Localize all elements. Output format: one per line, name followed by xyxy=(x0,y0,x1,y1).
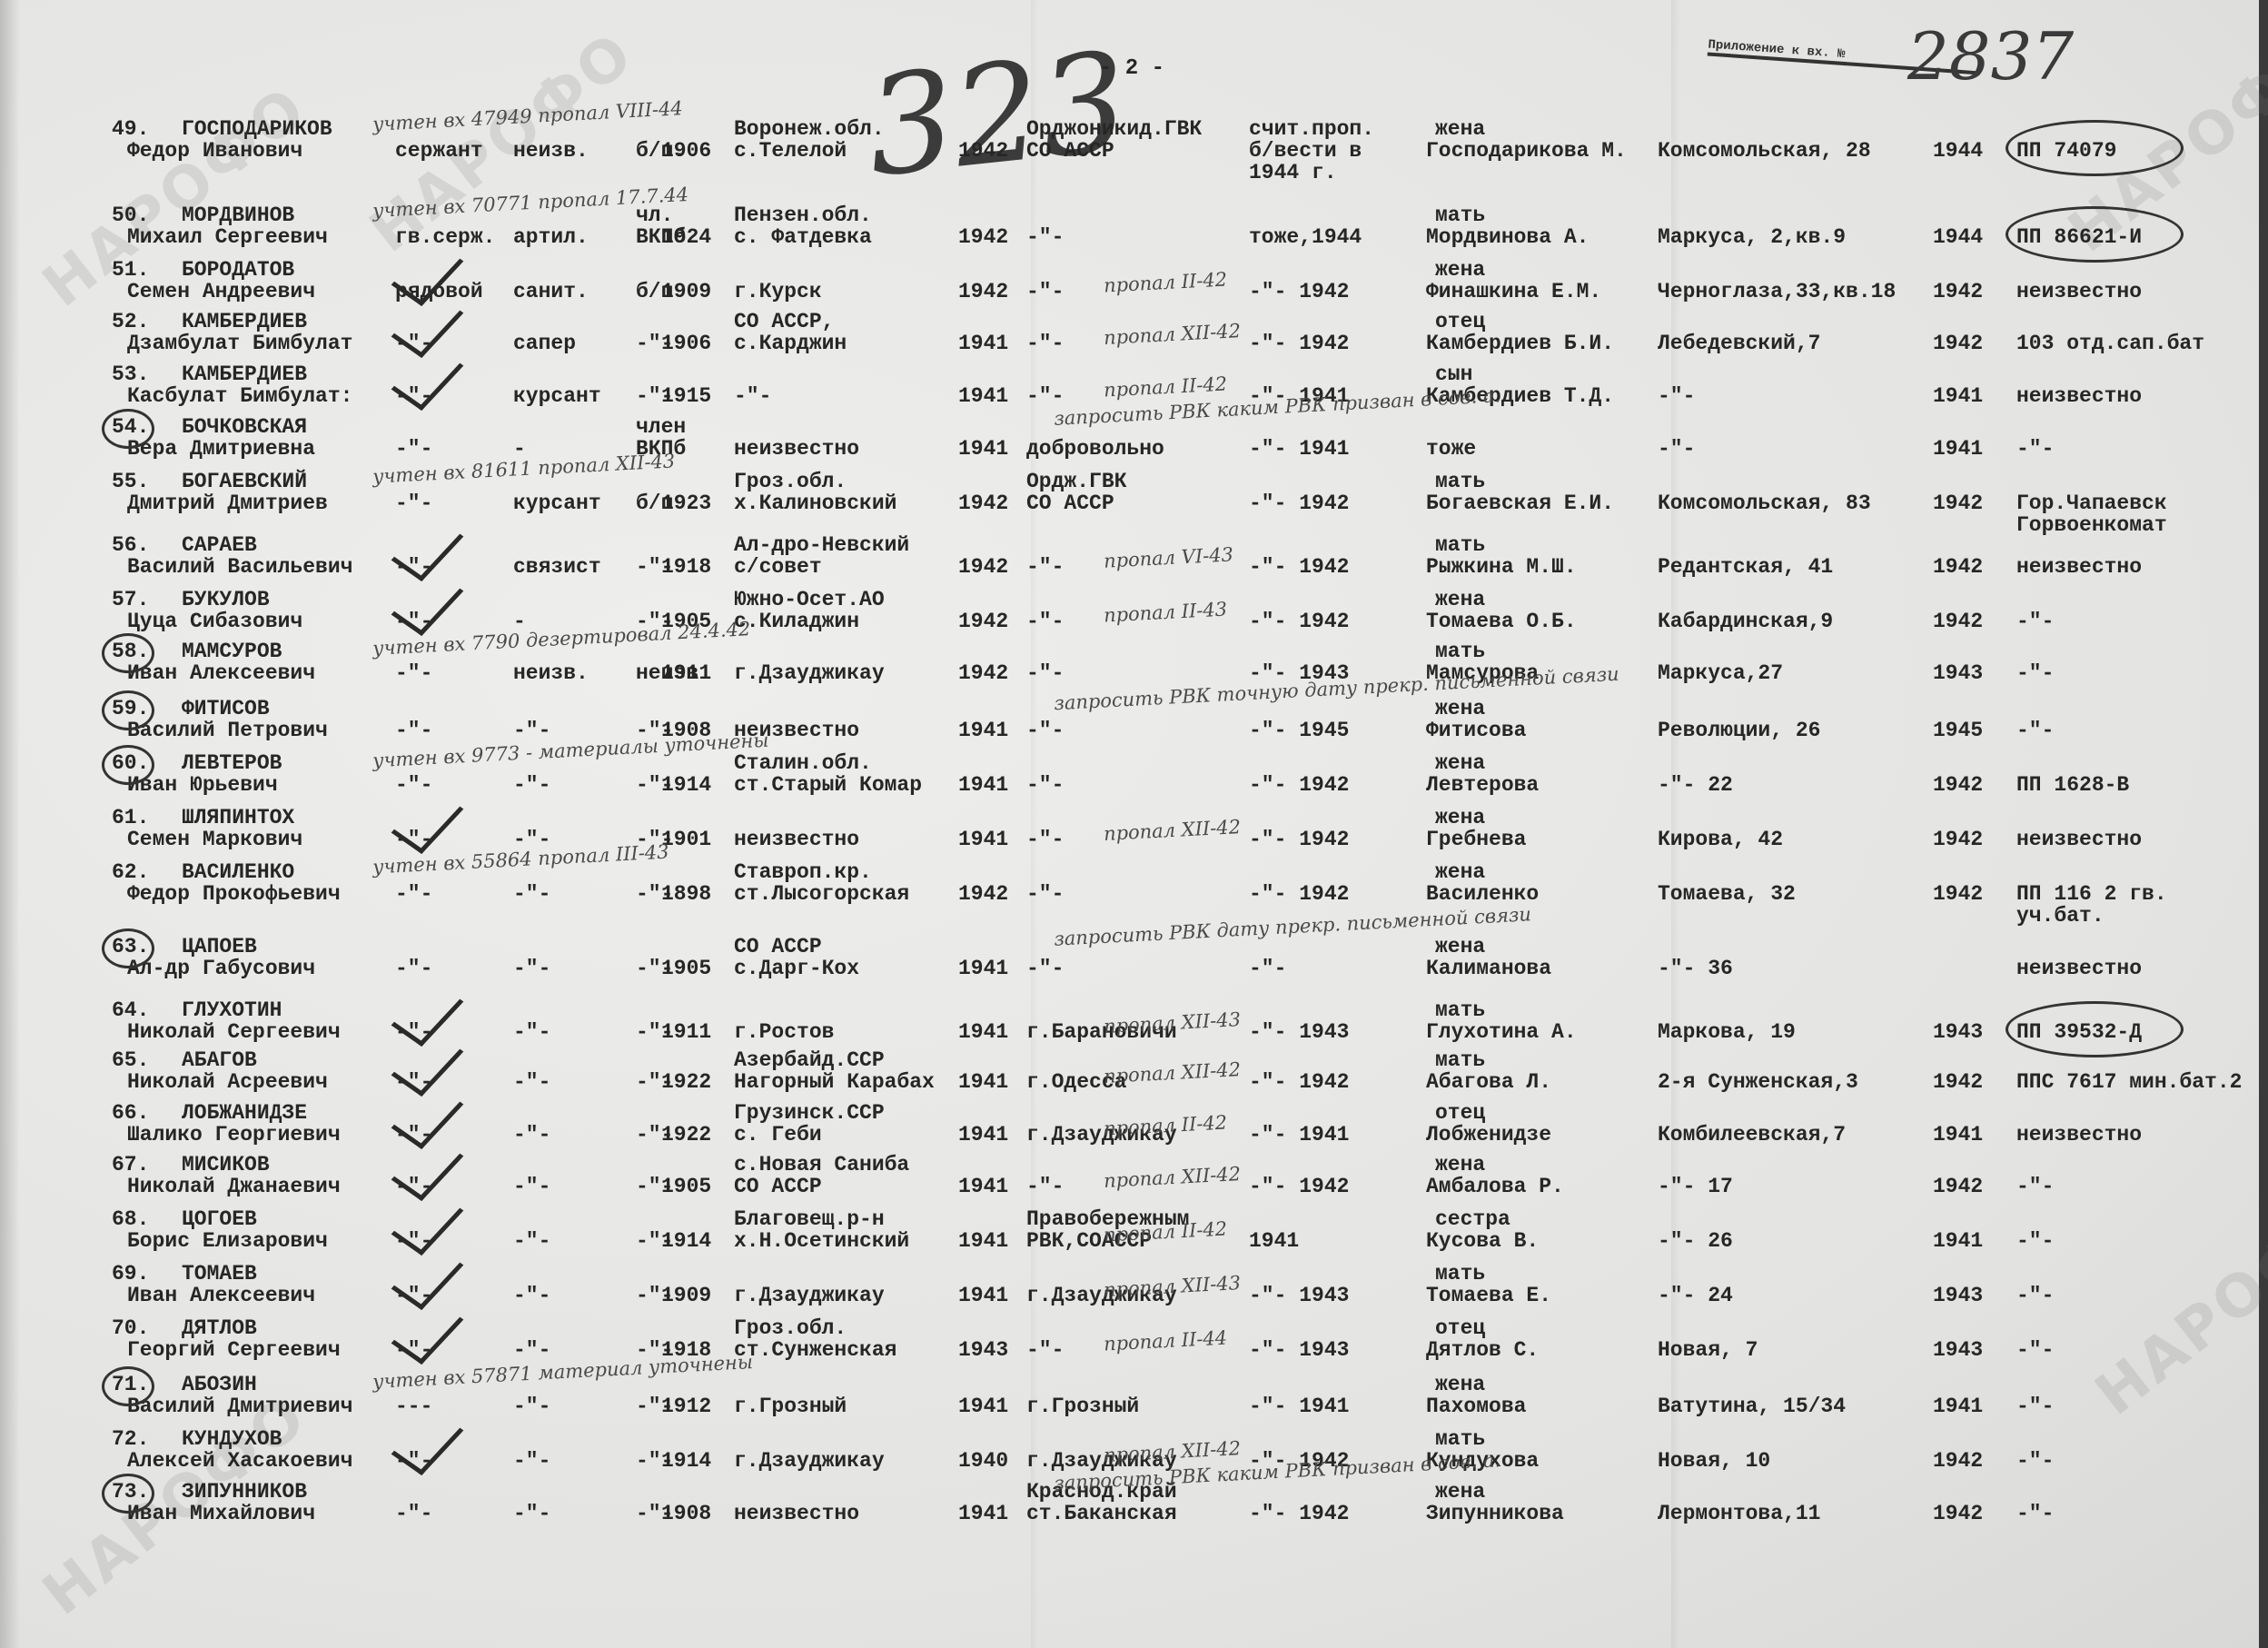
last-letter-year: 1942 xyxy=(1933,492,1983,514)
birthplace: г.Дзауджикау xyxy=(734,1450,885,1472)
relative-relation: жена xyxy=(1435,1481,1485,1503)
last-letter-year: 1943 xyxy=(1933,662,1983,684)
specialty: курсант xyxy=(513,385,601,407)
last-letter-year: 1941 xyxy=(1933,1395,1983,1417)
last-letter-year: 1941 xyxy=(1933,438,1983,460)
draft-year: 1941 xyxy=(958,1285,1008,1306)
given-name-patronymic: Василий Петрович xyxy=(127,720,328,741)
surname: КАМБЕРДИЕВ xyxy=(182,311,307,333)
specialty: -"- xyxy=(513,774,550,796)
specialty: артил. xyxy=(513,226,589,248)
relative-relation: жена xyxy=(1435,259,1485,281)
fate-status: -"- 1942 xyxy=(1249,774,1349,796)
given-name-patronymic: Николай Асреевич xyxy=(127,1071,328,1093)
fate-status: -"- 1943 xyxy=(1249,1285,1349,1306)
last-letter-year: 1941 xyxy=(1933,1230,1983,1252)
fate-status: -"- 1941 xyxy=(1249,438,1349,460)
draft-year: 1942 xyxy=(958,492,1008,514)
birthplace: ст.Старый Комар xyxy=(734,774,922,796)
given-name-patronymic: Федор Иванович xyxy=(127,140,302,162)
birthplace: Южно-Осет.АО xyxy=(734,589,885,611)
given-name-patronymic: Василий Дмитриевич xyxy=(127,1395,352,1417)
last-letter-year: 1943 xyxy=(1933,1339,1983,1361)
field-post-unit: -"- xyxy=(2016,1339,2253,1361)
specialty: курсант xyxy=(513,492,601,514)
birth-year: 1911 xyxy=(661,662,711,684)
last-letter-year: 1942 xyxy=(1933,1176,1983,1197)
field-post-unit: -"- xyxy=(2016,1395,2253,1417)
given-name-patronymic: Касбулат Бимбулат: xyxy=(127,385,352,407)
birthplace: с.Новая Саниба xyxy=(734,1154,909,1176)
relative-name: Фитисова xyxy=(1426,720,1526,741)
rank: -"- xyxy=(395,720,432,741)
relative-name: Пахомова xyxy=(1426,1395,1526,1417)
draft-year: 1942 xyxy=(958,556,1008,578)
specialty: -"- xyxy=(513,1071,550,1093)
field-post-unit: неизвестно xyxy=(2016,1124,2253,1146)
given-name-patronymic: Николай Джанаевич xyxy=(127,1176,341,1197)
given-name-patronymic: Георгий Сергеевич xyxy=(127,1339,341,1361)
scan-border xyxy=(2259,0,2268,1648)
handwritten-circle-mark xyxy=(102,1474,154,1514)
birthplace: Азербайд.ССР xyxy=(734,1049,885,1071)
birth-year: 1923 xyxy=(661,492,711,514)
birthplace: г.Грозный xyxy=(734,1395,847,1417)
field-post-unit: -"- xyxy=(2016,438,2253,460)
relative-relation: мать xyxy=(1435,1049,1485,1071)
draft-office: -"- xyxy=(1026,662,1064,684)
surname: МАМСУРОВ xyxy=(182,640,282,662)
birthplace: с.Киладжин xyxy=(734,611,859,632)
birthplace: с.Карджин xyxy=(734,333,847,354)
specialty: -"- xyxy=(513,720,550,741)
relative-address: Маркова, 19 xyxy=(1658,1021,1796,1043)
birthplace: с.Телелой xyxy=(734,140,847,162)
specialty: санит. xyxy=(513,281,589,303)
relative-address: Комсомольская, 28 xyxy=(1658,140,1871,162)
entry-number: 72. xyxy=(112,1428,149,1450)
surname: АБАГОВ xyxy=(182,1049,257,1071)
field-post-unit: -"- xyxy=(2016,1450,2253,1472)
given-name-patronymic: Николай Сергеевич xyxy=(127,1021,341,1043)
rank: гв.серж. xyxy=(395,226,495,248)
last-letter-year: 1942 xyxy=(1933,1071,1983,1093)
relative-relation: мать xyxy=(1435,471,1485,492)
specialty: -"- xyxy=(513,1503,550,1524)
fate-status: -"- 1942 xyxy=(1249,1176,1349,1197)
relative-relation: мать xyxy=(1435,534,1485,556)
relative-name: Дятлов С. xyxy=(1426,1339,1539,1361)
last-letter-year: 1942 xyxy=(1933,333,1983,354)
rank: -"- xyxy=(395,662,432,684)
given-name-patronymic: Дмитрий Дмитриев xyxy=(127,492,328,514)
relative-address: -"- 26 xyxy=(1658,1230,1733,1252)
field-post-unit: Гор.Чапаевск Горвоенкомат xyxy=(2016,492,2253,536)
given-name-patronymic: Борис Елизарович xyxy=(127,1230,328,1252)
relative-relation: мать xyxy=(1435,640,1485,662)
rank: -"- xyxy=(395,492,432,514)
relative-relation: отец xyxy=(1435,311,1485,333)
surname: ЗИПУННИКОВ xyxy=(182,1481,307,1503)
surname: ДЯТЛОВ xyxy=(182,1317,257,1339)
specialty: -"- xyxy=(513,1230,550,1252)
surname: ЦАПОЕВ xyxy=(182,936,257,958)
relative-address: Новая, 7 xyxy=(1658,1339,1758,1361)
entry-number: 62. xyxy=(112,861,149,883)
surname: ЦОГОЕВ xyxy=(182,1208,257,1230)
given-name-patronymic: Иван Юрьевич xyxy=(127,774,278,796)
specialty: неизв. xyxy=(513,662,589,684)
birthplace: г.Дзауджикау xyxy=(734,662,885,684)
handwritten-circle-mark xyxy=(102,690,154,730)
surname: ЛОБЖАНИДЗЕ xyxy=(182,1102,307,1124)
given-name-patronymic: Вера Дмитриевна xyxy=(127,438,315,460)
field-post-unit: неизвестно xyxy=(2016,556,2253,578)
draft-office: СО АССР xyxy=(1026,492,1114,514)
entry-number: 61. xyxy=(112,807,149,829)
fate-status: -"- 1942 xyxy=(1249,556,1349,578)
draft-office: -"- xyxy=(1026,829,1064,850)
fate-status: счит.проп. xyxy=(1249,118,1374,140)
relative-name: Лобженидзе xyxy=(1426,1124,1551,1146)
birth-year: 1922 xyxy=(661,1071,711,1093)
birthplace: Сталин.обл. xyxy=(734,752,872,774)
relative-relation: мать xyxy=(1435,999,1485,1021)
draft-year: 1941 xyxy=(958,438,1008,460)
surname: МОРДВИНОВ xyxy=(182,204,294,226)
birthplace: Гроз.обл. xyxy=(734,471,847,492)
relative-name: Глухотина А. xyxy=(1426,1021,1577,1043)
entry-number: 64. xyxy=(112,999,149,1021)
draft-year: 1940 xyxy=(958,1450,1008,1472)
entry-number: 56. xyxy=(112,534,149,556)
relative-relation: жена xyxy=(1435,118,1485,140)
draft-year: 1941 xyxy=(958,385,1008,407)
last-letter-year: 1942 xyxy=(1933,883,1983,905)
relative-name: Гребнева xyxy=(1426,829,1526,850)
given-name-patronymic: Ал-др Габусович xyxy=(127,958,315,979)
relative-address: -"- xyxy=(1658,385,1695,407)
entry-number: 70. xyxy=(112,1317,149,1339)
birthplace: с.Дарг-Кох xyxy=(734,958,859,979)
birth-year: 1922 xyxy=(661,1124,711,1146)
relative-address: 2-я Сунженская,3 xyxy=(1658,1071,1858,1093)
field-post-unit: -"- xyxy=(2016,1176,2253,1197)
relative-address: Революции, 26 xyxy=(1658,720,1820,741)
relative-address: -"- 24 xyxy=(1658,1285,1733,1306)
birthplace: с. Фатдевка xyxy=(734,226,872,248)
fate-status: -"- 1942 xyxy=(1249,829,1349,850)
draft-year: 1941 xyxy=(958,720,1008,741)
field-post-unit: неизвестно xyxy=(2016,281,2253,303)
birthplace: Пензен.обл. xyxy=(734,204,872,226)
relative-relation: жена xyxy=(1435,589,1485,611)
relative-name: Абагова Л. xyxy=(1426,1071,1551,1093)
fate-status: тоже,1944 xyxy=(1249,226,1362,248)
birth-year: 1914 xyxy=(661,1450,711,1472)
birthplace: с. Геби xyxy=(734,1124,822,1146)
specialty: неизв. xyxy=(513,140,589,162)
relative-relation: жена xyxy=(1435,936,1485,958)
surname: БОРОДАТОВ xyxy=(182,259,294,281)
birth-year: 1915 xyxy=(661,385,711,407)
field-post-unit: ПП 116 2 гв. уч.бат. xyxy=(2016,883,2253,927)
handwritten-circle-mark xyxy=(2006,120,2184,176)
draft-year: 1942 xyxy=(958,140,1008,162)
draft-year: 1941 xyxy=(958,1230,1008,1252)
relative-address: -"- xyxy=(1658,438,1695,460)
party-membership: член xyxy=(636,416,686,438)
scan-edge-shadow xyxy=(0,0,20,1648)
fate-status: -"- xyxy=(1249,958,1286,979)
draft-office: -"- xyxy=(1026,1339,1064,1361)
relative-relation: отец xyxy=(1435,1317,1485,1339)
relative-address: -"- 22 xyxy=(1658,774,1733,796)
entry-number: 57. xyxy=(112,589,149,611)
draft-office: -"- xyxy=(1026,1176,1064,1197)
birth-year: 1898 xyxy=(661,883,711,905)
fate-status: -"- 1943 xyxy=(1249,1021,1349,1043)
last-letter-year: 1944 xyxy=(1933,140,1983,162)
birth-year: 1912 xyxy=(661,1395,711,1417)
draft-year: 1942 xyxy=(958,883,1008,905)
draft-office: -"- xyxy=(1026,883,1064,905)
draft-office: -"- xyxy=(1026,385,1064,407)
birthplace: неизвестно xyxy=(734,829,859,850)
birth-year: 1905 xyxy=(661,958,711,979)
relative-name: Амбалова Р. xyxy=(1426,1176,1564,1197)
relative-relation: мать xyxy=(1435,1428,1485,1450)
birthplace: Ставроп.кр. xyxy=(734,861,872,883)
birthplace: х.Калиновский xyxy=(734,492,896,514)
relative-relation: отец xyxy=(1435,1102,1485,1124)
draft-year: 1941 xyxy=(958,1124,1008,1146)
entry-number: 53. xyxy=(112,363,149,385)
surname: САРАЕВ xyxy=(182,534,257,556)
birthplace: г.Ростов xyxy=(734,1021,834,1043)
draft-year: 1942 xyxy=(958,662,1008,684)
relative-address: Маркуса,27 xyxy=(1658,662,1783,684)
field-post-unit: 103 отд.сап.бат xyxy=(2016,333,2253,354)
surname: ТОМАЕВ xyxy=(182,1263,257,1285)
last-letter-year: 1942 xyxy=(1933,281,1983,303)
given-name-patronymic: Иван Алексеевич xyxy=(127,662,315,684)
given-name-patronymic: Семен Андреевич xyxy=(127,281,315,303)
draft-office: Орджоникид.ГВК xyxy=(1026,118,1202,140)
relative-relation: мать xyxy=(1435,204,1485,226)
birthplace: неизвестно xyxy=(734,438,859,460)
relative-address: Лермонтова,11 xyxy=(1658,1503,1820,1524)
last-letter-year: 1942 xyxy=(1933,829,1983,850)
last-letter-year: 1942 xyxy=(1933,556,1983,578)
field-post-unit: -"- xyxy=(2016,1230,2253,1252)
specialty: -"- xyxy=(513,1450,550,1472)
handwritten-circle-mark xyxy=(2006,1001,2184,1057)
field-post-unit: неизвестно xyxy=(2016,829,2253,850)
fate-status: -"- 1942 xyxy=(1249,883,1349,905)
relative-address: -"- 36 xyxy=(1658,958,1733,979)
fate-status: 1941 xyxy=(1249,1230,1299,1252)
given-name-patronymic: Семен Маркович xyxy=(127,829,302,850)
fate-status: -"- 1942 xyxy=(1249,281,1349,303)
specialty: сапер xyxy=(513,333,576,354)
handwritten-circle-mark xyxy=(102,633,154,673)
rank: сержант xyxy=(395,140,483,162)
archive-stamp-number: 2837 xyxy=(1907,18,2074,94)
relative-name: Рыжкина М.Ш. xyxy=(1426,556,1577,578)
handwritten-circle-mark xyxy=(102,409,154,449)
birthplace: СО АССР, xyxy=(734,311,834,333)
rank: -"- xyxy=(395,958,432,979)
draft-year: 1941 xyxy=(958,1395,1008,1417)
handwritten-sheet-number: 323 xyxy=(860,24,1135,208)
birthplace: Грузинск.ССР xyxy=(734,1102,885,1124)
entry-number: 65. xyxy=(112,1049,149,1071)
relative-address: Ватутина, 15/34 xyxy=(1658,1395,1846,1417)
birthplace: г.Курск xyxy=(734,281,822,303)
given-name-patronymic: Цуца Сибазович xyxy=(127,611,302,632)
relative-relation: жена xyxy=(1435,752,1485,774)
birthplace: Воронеж.обл. xyxy=(734,118,885,140)
draft-office: -"- xyxy=(1026,333,1064,354)
draft-office: СО АССР xyxy=(1026,140,1114,162)
birthplace: Гроз.обл. xyxy=(734,1317,847,1339)
last-letter-year: 1942 xyxy=(1933,1450,1983,1472)
last-letter-year: 1941 xyxy=(1933,1124,1983,1146)
draft-year: 1941 xyxy=(958,958,1008,979)
draft-year: 1942 xyxy=(958,226,1008,248)
draft-office: -"- xyxy=(1026,611,1064,632)
birthplace: Благовещ.р-н xyxy=(734,1208,885,1230)
fate-status: -"- 1942 xyxy=(1249,1071,1349,1093)
relative-address: Томаева, 32 xyxy=(1658,883,1796,905)
draft-year: 1941 xyxy=(958,829,1008,850)
birthplace: х.Н.Осетинский xyxy=(734,1230,909,1252)
relative-relation: жена xyxy=(1435,807,1485,829)
draft-year: 1942 xyxy=(958,281,1008,303)
draft-office: -"- xyxy=(1026,774,1064,796)
relative-relation: жена xyxy=(1435,1154,1485,1176)
entry-number: 68. xyxy=(112,1208,149,1230)
birthplace: СО АССР xyxy=(734,1176,822,1197)
draft-office: -"- xyxy=(1026,226,1064,248)
handwritten-circle-mark xyxy=(102,928,154,968)
relative-address: Редантская, 41 xyxy=(1658,556,1833,578)
fate-status: -"- 1942 xyxy=(1249,1503,1349,1524)
draft-office: ст.Баканская xyxy=(1026,1503,1177,1524)
birthplace: Ал-дро-Невский xyxy=(734,534,909,556)
relative-name: Господарикова М. xyxy=(1426,140,1627,162)
draft-office: -"- xyxy=(1026,556,1064,578)
relative-address: Кабардинская,9 xyxy=(1658,611,1833,632)
field-post-unit: ПП 1628-В xyxy=(2016,774,2253,796)
fate-status: б/вести в xyxy=(1249,140,1362,162)
last-letter-year: 1943 xyxy=(1933,1021,1983,1043)
birthplace: г.Дзауджикау xyxy=(734,1285,885,1306)
relative-address: Черноглаза,33,кв.18 xyxy=(1658,281,1896,303)
birthplace: -"- xyxy=(734,385,771,407)
entry-number: 69. xyxy=(112,1263,149,1285)
relative-address: Маркуса, 2,кв.9 xyxy=(1658,226,1846,248)
relative-relation: жена xyxy=(1435,1374,1485,1395)
relative-address: Лебедевский,7 xyxy=(1658,333,1820,354)
surname: БОЧКОВСКАЯ xyxy=(182,416,307,438)
given-name-patronymic: Иван Михайлович xyxy=(127,1503,315,1524)
relative-name: Кусова В. xyxy=(1426,1230,1539,1252)
fate-status: -"- 1942 xyxy=(1249,611,1349,632)
surname: ШЛЯПИНТОХ xyxy=(182,807,294,829)
field-post-unit: неизвестно xyxy=(2016,958,2253,979)
draft-year: 1941 xyxy=(958,1176,1008,1197)
specialty: -"- xyxy=(513,1176,550,1197)
field-post-unit: ППС 7617 мин.бат.2 xyxy=(2016,1071,2253,1093)
draft-office: -"- xyxy=(1026,281,1064,303)
surname: ГОСПОДАРИКОВ xyxy=(182,118,332,140)
entry-number: 66. xyxy=(112,1102,149,1124)
birthplace: СО АССР xyxy=(734,936,822,958)
draft-office: -"- xyxy=(1026,958,1064,979)
entry-number: 51. xyxy=(112,259,149,281)
entry-number: 55. xyxy=(112,471,149,492)
draft-year: 1941 xyxy=(958,774,1008,796)
fate-status: -"- 1942 xyxy=(1249,492,1349,514)
surname: КУНДУХОВ xyxy=(182,1428,282,1450)
relative-name: тоже xyxy=(1426,438,1476,460)
given-name-patronymic: Шалико Георгиевич xyxy=(127,1124,341,1146)
relative-name: Финашкина Е.М. xyxy=(1426,281,1601,303)
rank: -"- xyxy=(395,883,432,905)
field-post-unit: -"- xyxy=(2016,1503,2253,1524)
birth-year: 1908 xyxy=(661,1503,711,1524)
birth-year: 1909 xyxy=(661,1285,711,1306)
draft-office: -"- xyxy=(1026,720,1064,741)
birthplace: неизвестно xyxy=(734,1503,859,1524)
surname: КАМБЕРДИЕВ xyxy=(182,363,307,385)
relative-name: Калиманова xyxy=(1426,958,1551,979)
given-name-patronymic: Михаил Сергеевич xyxy=(127,226,328,248)
relative-relation: мать xyxy=(1435,1263,1485,1285)
relative-name: Мордвинова А. xyxy=(1426,226,1589,248)
entry-number: 50. xyxy=(112,204,149,226)
surname: МИСИКОВ xyxy=(182,1154,270,1176)
page-number: - 2 - xyxy=(1099,56,1164,81)
field-post-unit: -"- xyxy=(2016,662,2253,684)
surname: БОГАЕВСКИЙ xyxy=(182,471,307,492)
last-letter-year: 1943 xyxy=(1933,1285,1983,1306)
specialty: -"- xyxy=(513,883,550,905)
specialty: связист xyxy=(513,556,601,578)
relative-address: Кирова, 42 xyxy=(1658,829,1783,850)
birth-year: 1911 xyxy=(661,1021,711,1043)
surname: ЛЕВТЕРОВ xyxy=(182,752,282,774)
surname: ГЛУХОТИН xyxy=(182,999,282,1021)
relative-address: -"- 17 xyxy=(1658,1176,1733,1197)
field-post-unit: -"- xyxy=(2016,1285,2253,1306)
draft-office: Ордж.ГВК xyxy=(1026,471,1126,492)
handwritten-circle-mark xyxy=(102,745,154,785)
draft-year: 1941 xyxy=(958,333,1008,354)
given-name-patronymic: Иван Алексеевич xyxy=(127,1285,315,1306)
birth-year: 1914 xyxy=(661,774,711,796)
specialty: - xyxy=(513,438,526,460)
birth-year: 1906 xyxy=(661,333,711,354)
specialty: -"- xyxy=(513,1339,550,1361)
last-letter-year: 1944 xyxy=(1933,226,1983,248)
rank: -"- xyxy=(395,438,432,460)
specialty: -"- xyxy=(513,1021,550,1043)
birth-year: 1914 xyxy=(661,1230,711,1252)
draft-year: 1941 xyxy=(958,1071,1008,1093)
